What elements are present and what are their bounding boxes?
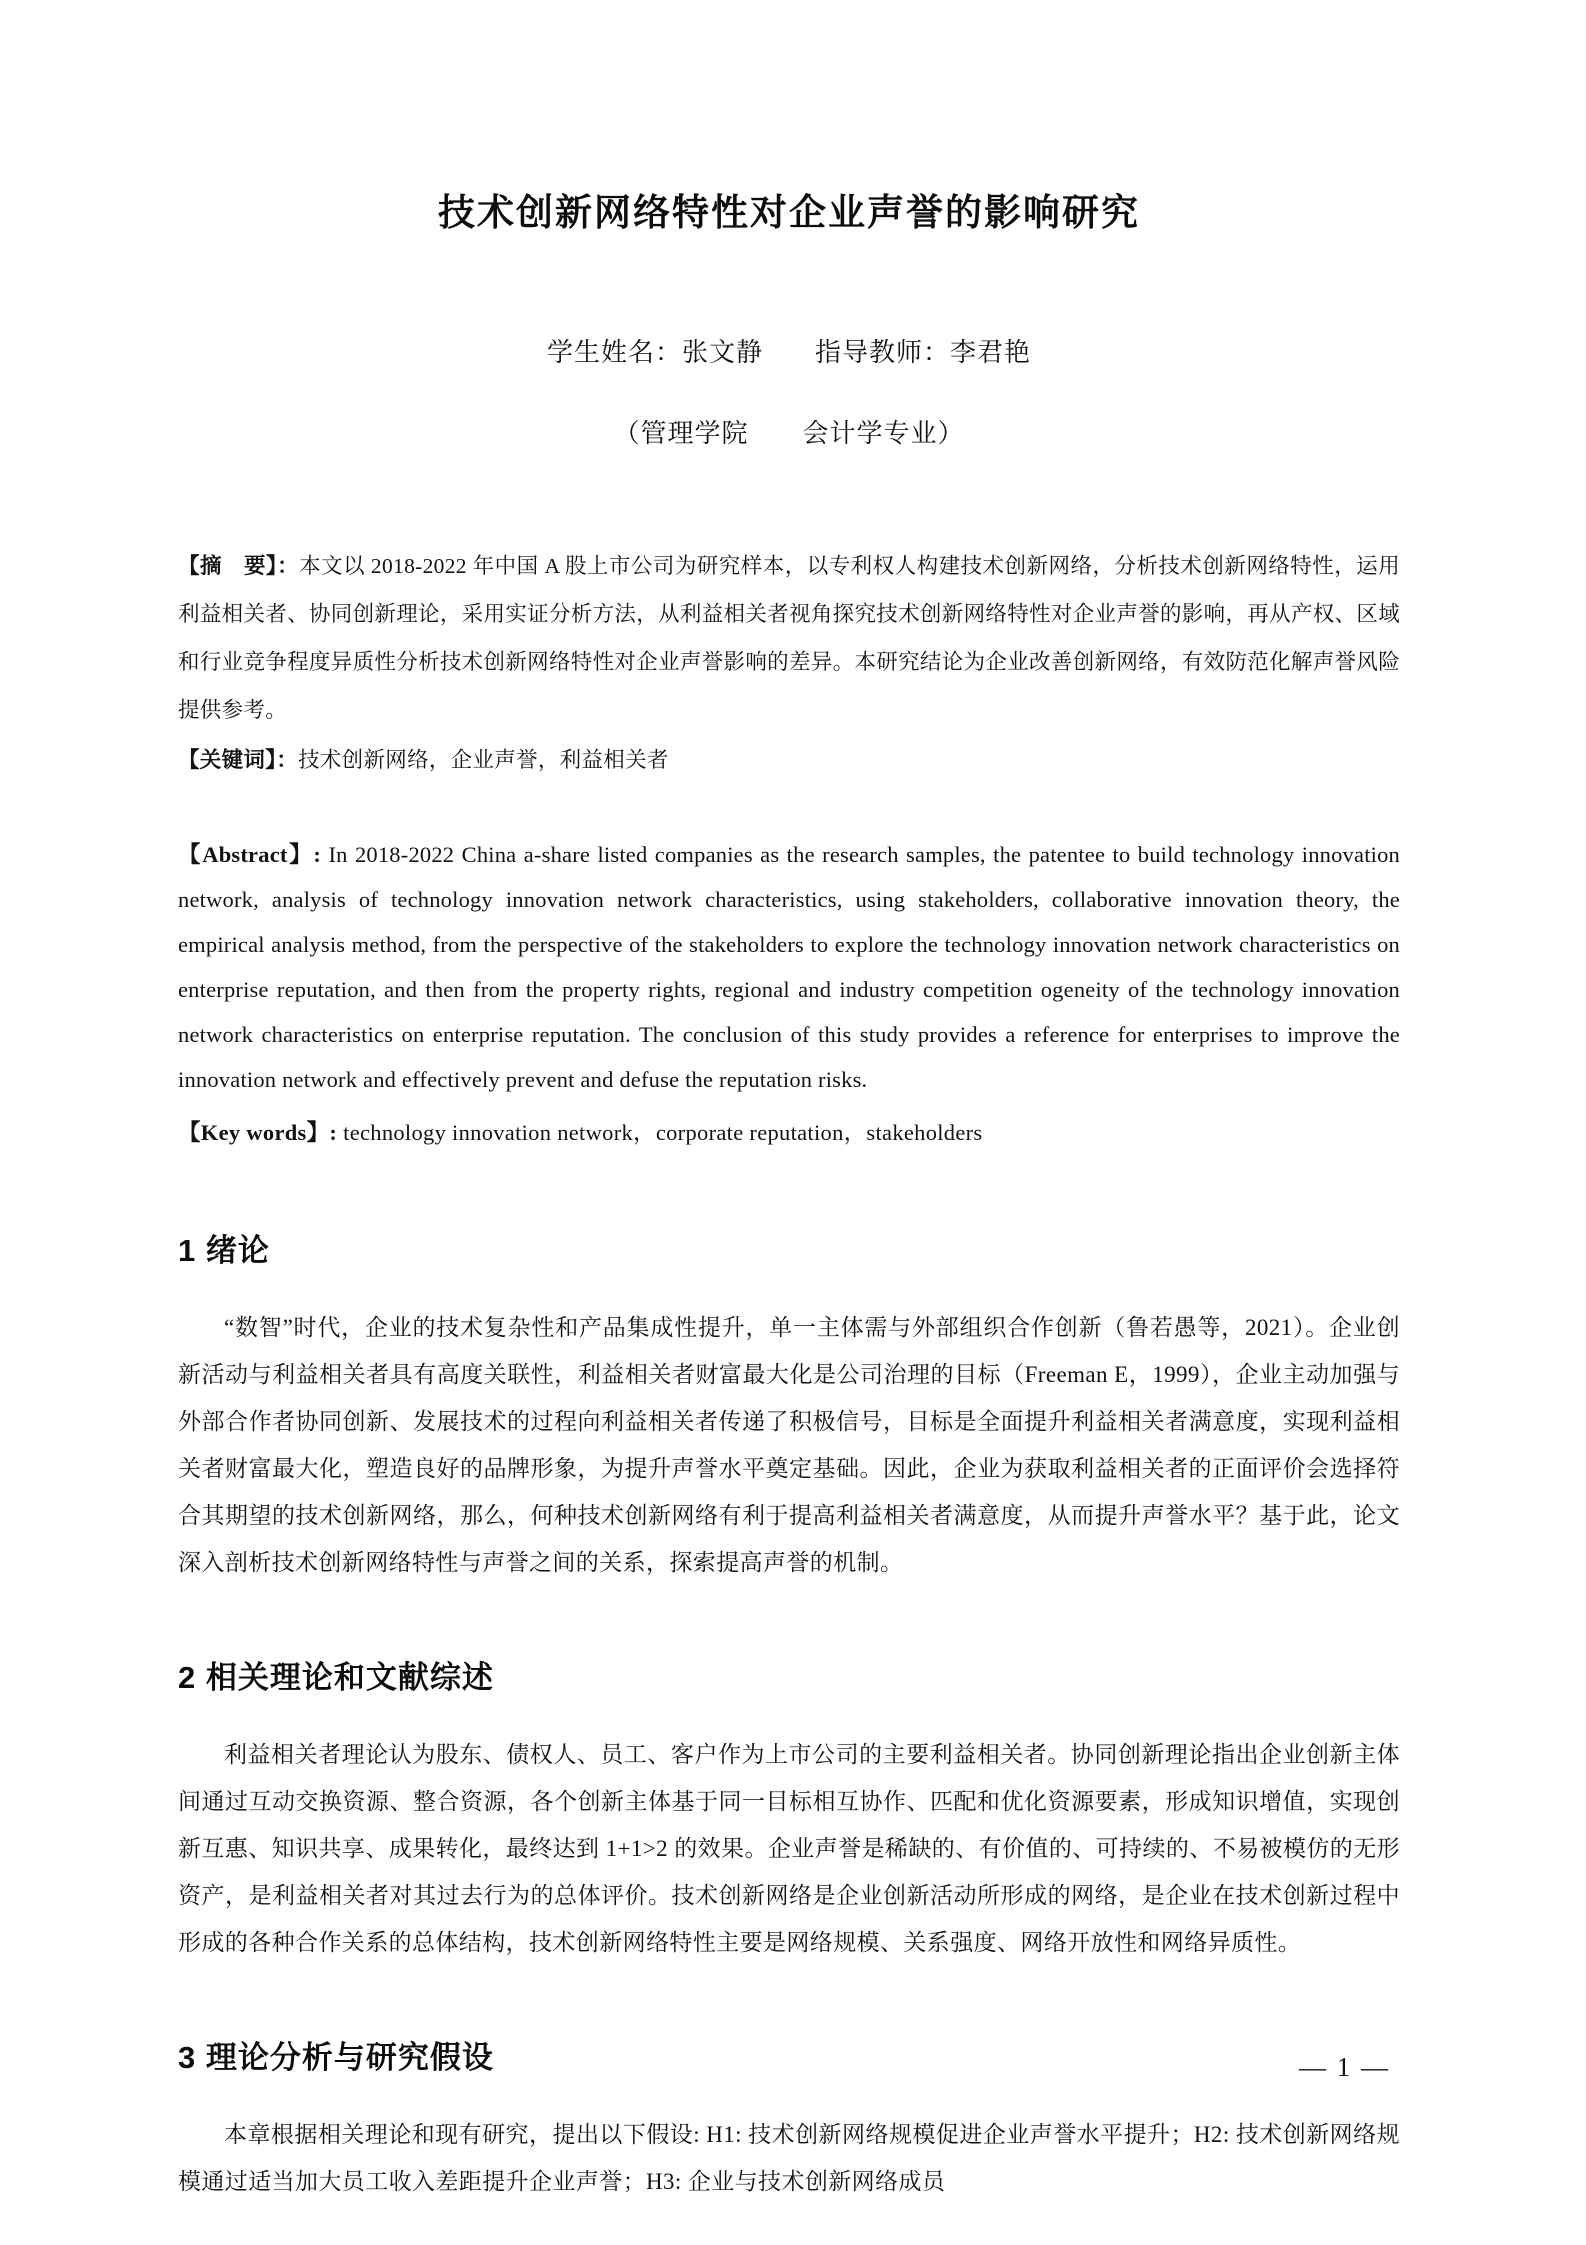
section-introduction: 1 绪论 “数智”时代，企业的技术复杂性和产品集成性提升，单一主体需与外部组织合… — [178, 1225, 1400, 1586]
affiliation-line: （管理学院 会计学专业） — [178, 413, 1400, 450]
section-theory-literature: 2 相关理论和文献综述 利益相关者理论认为股东、债权人、员工、客户作为上市公司的… — [178, 1652, 1400, 1966]
abstract-cn-label: 【摘 要】： — [178, 554, 299, 578]
abstract-cn: 【摘 要】：本文以 2018-2022 年中国 A 股上市公司为研究样本，以专利… — [178, 542, 1400, 734]
section-1-body: “数智”时代，企业的技术复杂性和产品集成性提升，单一主体需与外部组织合作创新（鲁… — [178, 1304, 1400, 1586]
keywords-en-text: technology innovation network，corporate … — [343, 1120, 982, 1145]
page-title: 技术创新网络特性对企业声誉的影响研究 — [178, 182, 1400, 236]
section-2-body: 利益相关者理论认为股东、债权人、员工、客户作为上市公司的主要利益相关者。协同创新… — [178, 1731, 1400, 1966]
section-2-heading: 2 相关理论和文献综述 — [178, 1652, 1400, 1697]
keywords-cn-label: 【关键词】： — [178, 748, 298, 772]
section-1-heading: 1 绪论 — [178, 1225, 1400, 1270]
abstract-en-text: In 2018-2022 China a-share listed compan… — [178, 842, 1400, 1092]
student-name: 学生姓名：张文静 — [547, 338, 763, 367]
document-page: 技术创新网络特性对企业声誉的影响研究 学生姓名：张文静指导教师：李君艳 （管理学… — [0, 0, 1586, 2245]
abstract-cn-text: 本文以 2018-2022 年中国 A 股上市公司为研究样本，以专利权人构建技术… — [178, 554, 1400, 722]
section-3-body: 本章根据相关理论和现有研究，提出以下假设: H1: 技术创新网络规模促进企业声誉… — [178, 2111, 1400, 2205]
abstract-en-label: 【Abstract】: — [178, 842, 328, 867]
author-line: 学生姓名：张文静指导教师：李君艳 — [178, 332, 1400, 369]
abstract-en: 【Abstract】: In 2018-2022 China a-share l… — [178, 832, 1400, 1102]
keywords-en: 【Key words】: technology innovation netwo… — [178, 1110, 1400, 1155]
advisor-name: 指导教师：李君艳 — [815, 338, 1031, 367]
keywords-cn: 【关键词】：技术创新网络，企业声誉，利益相关者 — [178, 736, 1400, 784]
keywords-en-label: 【Key words】: — [178, 1120, 343, 1145]
section-hypotheses: 3 理论分析与研究假设 本章根据相关理论和现有研究，提出以下假设: H1: 技术… — [178, 2032, 1400, 2205]
page-number: — 1 — — [1299, 2052, 1390, 2083]
keywords-cn-text: 技术创新网络，企业声誉，利益相关者 — [298, 748, 669, 772]
section-3-heading: 3 理论分析与研究假设 — [178, 2032, 1400, 2077]
